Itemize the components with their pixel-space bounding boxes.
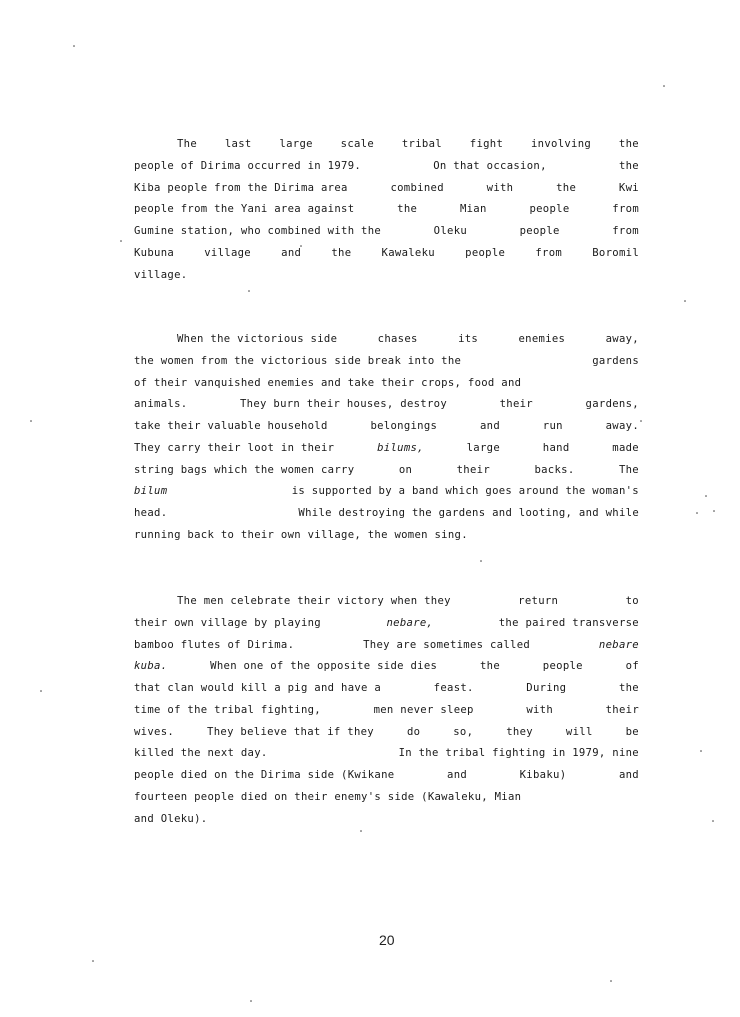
text-segment: When the victorious side: [177, 332, 337, 346]
text-segment: On that occasion,: [433, 159, 547, 173]
text-segment: They are sometimes called: [363, 638, 530, 652]
text-segment: enemies: [518, 332, 565, 346]
text-segment: During: [526, 681, 566, 695]
text-segment: with: [487, 181, 514, 195]
text-segment: large: [279, 137, 312, 151]
text-segment: involving: [531, 137, 591, 151]
text-segment: village: [204, 246, 251, 260]
text-line: bilumis supported by a band which goes a…: [134, 484, 639, 498]
text-segment: be: [626, 725, 639, 739]
text-segment: people: [529, 202, 569, 216]
text-line: running back to their own village, the w…: [134, 528, 639, 542]
text-segment: chases: [378, 332, 418, 346]
text-line: string bags which the women carryontheir…: [134, 463, 639, 477]
text-line: their own village by playingnebare,the p…: [134, 616, 639, 630]
text-segment: combined: [390, 181, 443, 195]
text-line: Kiba people from the Dirima areacombined…: [134, 181, 639, 195]
italic-term: nebare,: [386, 616, 433, 630]
text-segment: gardens: [592, 354, 639, 368]
text-segment: feast.: [434, 681, 474, 695]
text-segment: time of the tribal fighting,: [134, 703, 321, 717]
text-segment: on: [399, 463, 412, 477]
text-line: The men celebrate their victory when the…: [177, 594, 639, 608]
text-segment: is supported by a band which goes around…: [292, 484, 639, 498]
text-segment: and: [447, 768, 467, 782]
text-segment: animals.: [134, 397, 187, 411]
text-segment: men never sleep: [374, 703, 474, 717]
text-segment: scale: [341, 137, 374, 151]
text-segment: While destroying the gardens and looting…: [298, 506, 639, 520]
italic-term: nebare: [599, 638, 639, 652]
italic-term: bilums,: [377, 441, 424, 455]
text-segment: their: [500, 397, 533, 411]
text-segment: fight: [470, 137, 503, 151]
text-segment: and: [480, 419, 500, 433]
italic-term: kuba.: [134, 659, 167, 673]
text-segment: The: [177, 137, 197, 151]
text-segment: so,: [453, 725, 473, 739]
text-segment: their: [457, 463, 490, 477]
text-segment: wives.: [134, 725, 174, 739]
text-segment: The men celebrate their victory when the…: [177, 594, 451, 608]
text-segment: do: [407, 725, 420, 739]
text-segment: last: [225, 137, 252, 151]
text-segment: people: [465, 246, 505, 260]
text-segment: made: [612, 441, 639, 455]
text-segment: the: [619, 159, 639, 173]
text-line: fourteen people died on their enemy's si…: [134, 790, 639, 804]
text-segment: They burn their houses, destroy: [240, 397, 447, 411]
text-line: Thelastlargescaletribalfightinvolvingthe: [177, 137, 639, 151]
text-segment: return: [518, 594, 558, 608]
text-segment: village.: [134, 268, 187, 282]
text-segment: Oleku: [434, 224, 467, 238]
text-segment: In the tribal fighting in 1979, nine: [399, 746, 639, 760]
text-segment: people: [520, 224, 560, 238]
page-number: 20: [379, 932, 395, 948]
text-segment: its: [458, 332, 478, 346]
text-segment: Gumine station, who combined with the: [134, 224, 381, 238]
text-segment: their: [606, 703, 639, 717]
text-segment: with: [526, 703, 553, 717]
text-segment: away.: [606, 419, 639, 433]
text-segment: and Oleku).: [134, 812, 207, 826]
text-segment: The: [619, 463, 639, 477]
text-segment: and: [281, 246, 301, 260]
text-segment: Kiba people from the Dirima area: [134, 181, 348, 195]
text-line: village.: [134, 268, 639, 282]
text-segment: the: [331, 246, 351, 260]
text-line: killed the next day.In the tribal fighti…: [134, 746, 639, 760]
text-line: the women from the victorious side break…: [134, 354, 639, 368]
text-segment: tribal: [402, 137, 442, 151]
text-segment: of: [626, 659, 639, 673]
text-line: that clan would kill a pig and have afea…: [134, 681, 639, 695]
text-segment: people of Dirima occurred in 1979.: [134, 159, 361, 173]
text-segment: Kawaleku: [382, 246, 435, 260]
italic-term: bilum: [134, 484, 167, 498]
text-segment: to: [626, 594, 639, 608]
text-line: wives.They believe that if theydoso,they…: [134, 725, 639, 739]
text-segment: When one of the opposite side dies: [210, 659, 437, 673]
text-segment: away,: [606, 332, 639, 346]
text-line: and Oleku).: [134, 812, 639, 826]
text-segment: running back to their own village, the w…: [134, 528, 468, 542]
text-segment: from: [612, 224, 639, 238]
text-segment: Kwi: [619, 181, 639, 195]
text-segment: Boromil: [592, 246, 639, 260]
text-line: head.While destroying the gardens and lo…: [134, 506, 639, 520]
text-segment: of their vanquished enemies and take the…: [134, 376, 521, 390]
text-segment: hand: [543, 441, 570, 455]
text-segment: belongings: [370, 419, 437, 433]
text-segment: string bags which the women carry: [134, 463, 354, 477]
text-segment: people from the Yani area against: [134, 202, 354, 216]
document-page: Thelastlargescaletribalfightinvolvingthe…: [0, 0, 740, 1017]
text-line: They carry their loot in theirbilums,lar…: [134, 441, 639, 455]
text-segment: and: [619, 768, 639, 782]
text-segment: Mian: [460, 202, 487, 216]
text-line: people of Dirima occurred in 1979.On tha…: [134, 159, 639, 173]
text-segment: Kibaku): [520, 768, 567, 782]
text-segment: They believe that if they: [207, 725, 374, 739]
text-segment: Kubuna: [134, 246, 174, 260]
text-segment: They carry their loot in their: [134, 441, 334, 455]
text-line: KubunavillageandtheKawalekupeoplefromBor…: [134, 246, 639, 260]
text-segment: the women from the victorious side break…: [134, 354, 461, 368]
text-line: When the victorious sidechasesitsenemies…: [177, 332, 639, 346]
text-line: animals.They burn their houses, destroyt…: [134, 397, 639, 411]
text-line: bamboo flutes of Dirima.They are sometim…: [134, 638, 639, 652]
text-segment: the paired transverse: [499, 616, 639, 630]
text-segment: from: [535, 246, 562, 260]
text-segment: backs.: [534, 463, 574, 477]
text-segment: their own village by playing: [134, 616, 321, 630]
text-segment: take their valuable household: [134, 419, 328, 433]
text-segment: from: [612, 202, 639, 216]
text-line: kuba.When one of the opposite side diest…: [134, 659, 639, 673]
text-line: time of the tribal fighting,men never sl…: [134, 703, 639, 717]
text-line: people from the Yani area againsttheMian…: [134, 202, 639, 216]
text-segment: the: [619, 137, 639, 151]
text-segment: fourteen people died on their enemy's si…: [134, 790, 521, 804]
text-segment: the: [480, 659, 500, 673]
text-line: of their vanquished enemies and take the…: [134, 376, 639, 390]
text-segment: they: [506, 725, 533, 739]
text-segment: large: [467, 441, 500, 455]
text-segment: gardens,: [586, 397, 639, 411]
text-segment: run: [543, 419, 563, 433]
text-segment: will: [566, 725, 593, 739]
text-segment: killed the next day.: [134, 746, 268, 760]
text-segment: head.: [134, 506, 167, 520]
text-line: people died on the Dirima side (Kwikanea…: [134, 768, 639, 782]
text-segment: people: [543, 659, 583, 673]
text-segment: the: [556, 181, 576, 195]
text-segment: that clan would kill a pig and have a: [134, 681, 381, 695]
text-segment: people died on the Dirima side (Kwikane: [134, 768, 394, 782]
text-segment: bamboo flutes of Dirima.: [134, 638, 294, 652]
text-line: Gumine station, who combined with theOle…: [134, 224, 639, 238]
text-segment: the: [397, 202, 417, 216]
text-line: take their valuable householdbelongingsa…: [134, 419, 639, 433]
text-segment: the: [619, 681, 639, 695]
